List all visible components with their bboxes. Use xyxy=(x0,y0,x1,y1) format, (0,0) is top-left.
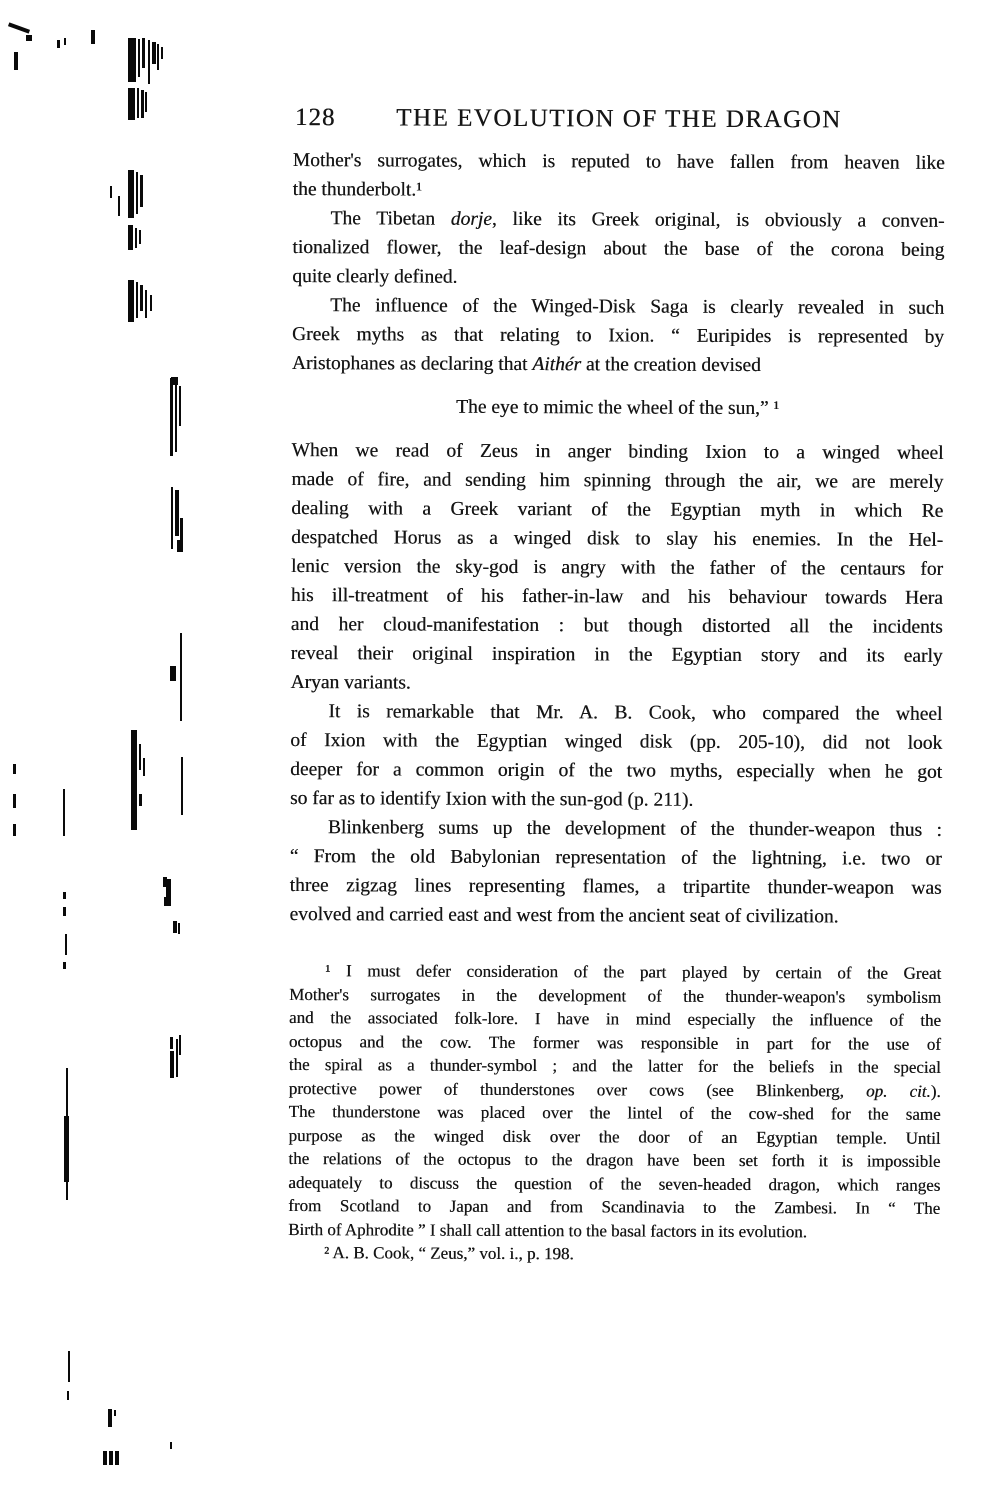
scan-artifact xyxy=(13,824,16,836)
scan-artifact xyxy=(175,490,179,536)
scan-artifact xyxy=(179,1035,181,1055)
body-text: Mother's surrogates, which is reputed to… xyxy=(288,146,945,1267)
scan-artifact xyxy=(128,170,134,218)
scan-artifact xyxy=(63,907,66,916)
scan-artifact xyxy=(138,39,140,77)
scan-artifact xyxy=(13,794,16,808)
scan-artifact xyxy=(64,38,66,45)
scan-artifact xyxy=(171,377,178,385)
text-line: Mother's surrogates, which is reputed to… xyxy=(293,146,945,178)
scan-artifact xyxy=(178,923,180,934)
scan-artifact xyxy=(179,386,181,426)
scan-artifact xyxy=(163,877,167,887)
paragraph-winged-disk-saga: The influence of the Winged-Disk Saga is… xyxy=(292,291,944,381)
text-line: the thunderbolt.¹ xyxy=(293,175,945,207)
scan-artifact xyxy=(13,764,16,774)
scan-artifact xyxy=(63,962,66,969)
text-line: Birth of Aphrodite ” I shall call attent… xyxy=(288,1217,940,1243)
scan-artifact xyxy=(135,228,137,248)
scan-artifact xyxy=(170,1442,172,1449)
text-line: The eye to mimic the wheel of the sun,” … xyxy=(292,392,944,424)
footnotes-section: ¹ I must defer consideration of the part… xyxy=(288,959,941,1267)
scan-artifact xyxy=(128,38,136,82)
scan-artifact xyxy=(139,230,141,244)
paragraph-tibetan-dorje: The Tibetan dorje, like its Greek origin… xyxy=(292,204,944,294)
text-line: Aristophanes as declaring that Aithér at… xyxy=(292,349,944,381)
scan-artifact xyxy=(164,897,170,906)
scan-artifact xyxy=(150,295,152,311)
footnote-2: ² A. B. Cook, “ Zeus,” vol. i., p. 198. xyxy=(288,1241,940,1267)
text-line: deeper for a common origin of the two my… xyxy=(290,755,942,787)
paragraph-ab-cook: It is remarkable that Mr. A. B. Cook, wh… xyxy=(290,697,943,816)
running-head: 128 THE EVOLUTION OF THE DRAGON xyxy=(293,104,945,149)
scan-artifact xyxy=(170,1037,173,1049)
text-line: and her cloud-manifestation : but though… xyxy=(291,610,943,642)
scan-artifact xyxy=(131,730,137,830)
text-line: tionalized flower, the leaf-design about… xyxy=(292,233,944,265)
text-line: purpose as the winged disk over the door… xyxy=(288,1123,940,1149)
text-line: quite clearly defined. xyxy=(292,262,944,294)
scan-artifact xyxy=(67,1391,69,1400)
text-line: reveal their original inspiration in the… xyxy=(291,639,943,671)
scan-artifact xyxy=(128,225,133,250)
text-line: Mother's surrogates in the development o… xyxy=(289,982,941,1008)
scan-artifact xyxy=(128,88,135,120)
scan-artifact xyxy=(170,378,173,456)
text-line: so far as to identify Ixion with the sun… xyxy=(290,784,942,816)
scan-artifact xyxy=(139,744,141,770)
scan-artifact xyxy=(148,40,150,84)
text-line: “ From the old Babylonian representation… xyxy=(290,842,942,874)
page-content: 128 THE EVOLUTION OF THE DRAGON Mother's… xyxy=(288,104,945,1267)
scan-artifact xyxy=(110,186,112,198)
scan-artifact xyxy=(157,44,159,70)
text-line: When we read of Zeus in anger binding Ix… xyxy=(291,436,943,468)
scan-artifact xyxy=(65,934,67,955)
text-line: of Ixion with the Egyptian winged disk (… xyxy=(290,726,942,758)
scan-artifact xyxy=(114,1410,116,1416)
scan-artifact xyxy=(181,757,183,815)
text-line: the relations of the octopus to the drag… xyxy=(288,1147,940,1173)
text-line: It is remarkable that Mr. A. B. Cook, wh… xyxy=(290,697,942,729)
scan-artifact xyxy=(68,1351,70,1382)
paragraph-continuation: Mother's surrogates, which is reputed to… xyxy=(293,146,945,207)
scan-artifact xyxy=(176,1039,178,1077)
scan-artifact xyxy=(63,789,65,836)
scan-artifact xyxy=(136,172,138,214)
scan-artifact xyxy=(161,47,163,59)
footnote-1: ¹ I must defer consideration of the part… xyxy=(288,959,941,1244)
text-line: his ill-treatment of his father-in-law a… xyxy=(291,581,943,613)
text-line: dealing with a Greek variant of the Egyp… xyxy=(291,494,943,526)
text-line: octopus and the cow. The former was resp… xyxy=(289,1029,941,1055)
scan-artifact xyxy=(141,90,144,118)
scan-artifact xyxy=(171,487,173,549)
scan-artifact xyxy=(91,30,95,44)
scan-artifact xyxy=(140,285,143,311)
text-line: The thunderstone was placed over the lin… xyxy=(289,1100,941,1126)
text-line: Aryan variants. xyxy=(290,668,942,700)
scan-artifact xyxy=(64,1116,69,1182)
running-title: THE EVOLUTION OF THE DRAGON xyxy=(293,104,945,135)
scan-artifact xyxy=(136,282,138,318)
scan-artifact xyxy=(109,1451,113,1465)
text-line: Greek myths as that relating to Ixion. “… xyxy=(292,320,944,352)
scan-artifact xyxy=(143,758,145,776)
text-line: lenic version the sky-god is angry with … xyxy=(291,552,943,584)
text-line: despatched Horus as a winged disk to sla… xyxy=(291,523,943,555)
scan-artifact xyxy=(108,1409,112,1427)
scan-artifact xyxy=(140,175,143,207)
scan-artifact xyxy=(115,1451,119,1465)
scan-artifact xyxy=(145,92,147,112)
scan-artifact xyxy=(8,22,30,33)
scan-artifact xyxy=(137,88,139,118)
text-line: adequately to discuss the question of th… xyxy=(288,1170,940,1196)
scan-artifact xyxy=(142,38,145,68)
scan-artifact xyxy=(175,380,177,452)
scan-artifact xyxy=(166,879,171,906)
text-line: protective power of thunderstones over c… xyxy=(289,1076,941,1102)
text-line: the spiral as a thunder-symbol ; and the… xyxy=(289,1053,941,1079)
text-line: from Scotland to Japan and from Scandina… xyxy=(288,1194,940,1220)
scan-artifact xyxy=(118,196,120,216)
scan-artifact xyxy=(180,518,183,548)
scan-artifact xyxy=(170,1051,174,1078)
scan-artifact xyxy=(177,540,183,552)
text-line: evolved and carried east and west from t… xyxy=(289,900,941,932)
scan-artifact xyxy=(170,666,176,681)
scan-artifact xyxy=(63,892,66,899)
verse-quote: The eye to mimic the wheel of the sun,” … xyxy=(292,392,944,424)
scan-artifact xyxy=(152,42,156,64)
text-line: and the associated folk-lore. I have in … xyxy=(289,1006,941,1032)
scan-artifact xyxy=(26,35,32,41)
scan-artifact xyxy=(180,633,182,721)
text-line: Blinkenberg sums up the development of t… xyxy=(290,813,942,845)
scan-artifact xyxy=(173,921,177,933)
text-line: The influence of the Winged-Disk Saga is… xyxy=(292,291,944,323)
scan-artifact xyxy=(128,280,134,322)
text-line: ² A. B. Cook, “ Zeus,” vol. i., p. 198. xyxy=(288,1241,940,1267)
scan-artifact xyxy=(139,794,142,806)
scan-artifact xyxy=(57,40,60,48)
scan-artifact xyxy=(103,1451,107,1465)
text-line: The Tibetan dorje, like its Greek origin… xyxy=(292,204,944,236)
text-line: made of fire, and sending him spinning t… xyxy=(291,465,943,497)
scan-artifact xyxy=(145,290,147,318)
scan-artifact xyxy=(14,52,18,70)
paragraph-blinkenberg: Blinkenberg sums up the development of t… xyxy=(289,813,941,932)
scan-artifact xyxy=(66,1068,68,1200)
paragraph-zeus-ixion: When we read of Zeus in anger binding Ix… xyxy=(290,436,943,700)
text-line: ¹ I must defer consideration of the part… xyxy=(289,959,941,985)
scanned-book-page: 128 THE EVOLUTION OF THE DRAGON Mother's… xyxy=(0,0,982,1491)
text-line: three zigzag lines representing flames, … xyxy=(290,871,942,903)
